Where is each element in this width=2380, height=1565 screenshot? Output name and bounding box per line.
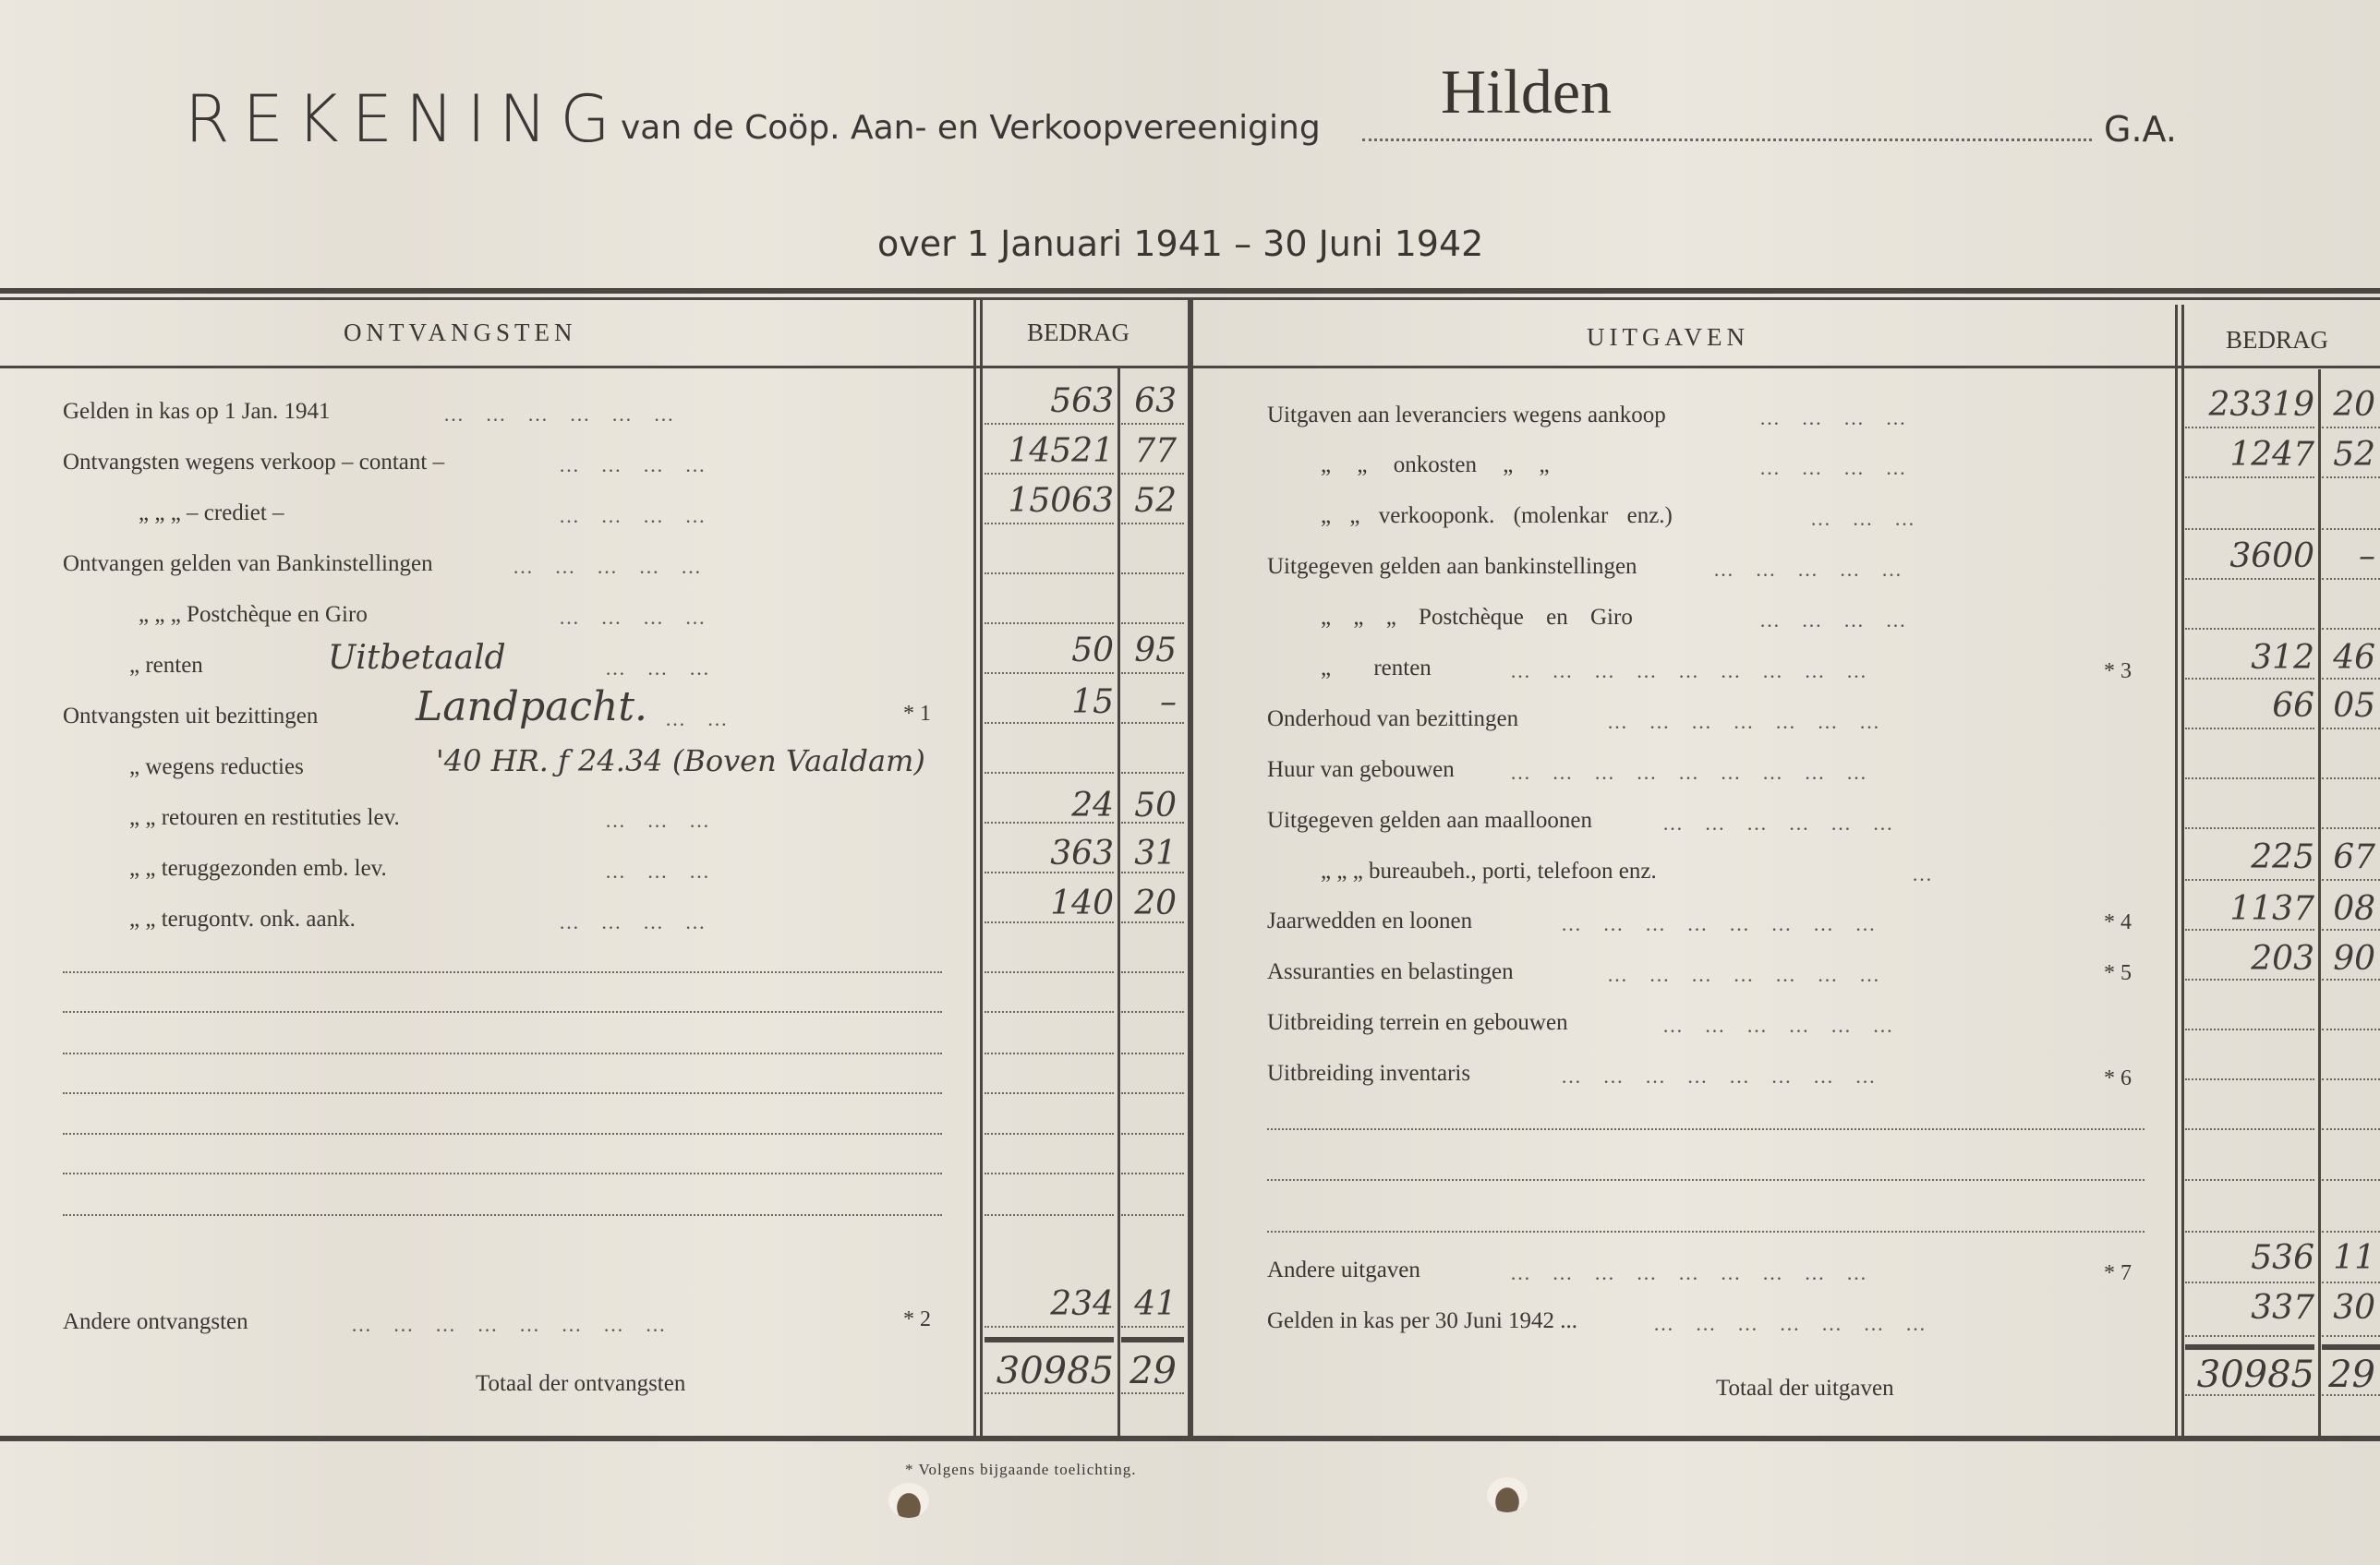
blank-entry-line xyxy=(63,971,942,973)
receipts-row-label: „ „ „ – crediet – xyxy=(139,500,284,526)
expenses-row-cents: 05 xyxy=(2322,687,2375,725)
subtotal-rule xyxy=(2185,1344,2314,1350)
receipts-row-guilders: 140 xyxy=(985,885,1114,922)
place-handwritten: Hilden xyxy=(1441,55,1612,128)
expenses-amount-heading: BEDRAG xyxy=(2226,326,2328,355)
document-subtitle: van de Coöp. Aan- en Verkoopvereeniging xyxy=(621,109,1321,147)
receipts-row-label: „ „ „ Postchèque en Giro xyxy=(139,602,368,628)
footnote-marker: * 7 xyxy=(2104,1261,2132,1286)
expenses-row-guilders: 23319 xyxy=(2185,386,2314,424)
expenses-row-guilders: 312 xyxy=(2185,639,2314,677)
footnote-marker: * 4 xyxy=(2104,910,2132,935)
expenses-row-cents: 20 xyxy=(2322,386,2375,424)
expenses-row-label: Uitgegeven gelden aan bankinstellingen xyxy=(1267,554,1637,580)
receipts-row-label: „ „ terugontv. onk. aank. xyxy=(129,907,356,933)
receipts-heading: ONTVANGSTEN xyxy=(344,319,577,347)
blank-entry-line xyxy=(1267,1231,2144,1233)
receipts-amount-heading: BEDRAG xyxy=(1027,319,1130,347)
receipts-row-cents: 52 xyxy=(1121,482,1177,520)
other-expenses-guilders: 536 xyxy=(2185,1239,2314,1277)
expenses-amount-border-left xyxy=(2175,305,2178,1440)
expenses-row-label: Uitbreiding inventaris xyxy=(1267,1061,1470,1087)
expenses-row-label: „ renten xyxy=(1321,656,1432,681)
blank-entry-line xyxy=(63,1214,942,1216)
period-text: over 1 Januari 1941 – 30 Juni 1942 xyxy=(877,223,1483,264)
cash-end-cents: 30 xyxy=(2322,1289,2375,1327)
total-expenses-cents: 29 xyxy=(2322,1354,2375,1396)
total-receipts-guilders: 30985 xyxy=(979,1350,1114,1392)
expenses-row-label: Uitbreiding terrein en gebouwen xyxy=(1267,1010,1568,1036)
document-title: REKENING xyxy=(185,81,623,157)
receipts-row-cents: 95 xyxy=(1121,632,1177,669)
receipts-row-label: „ wegens reducties xyxy=(129,754,304,780)
total-receipts-cents: 29 xyxy=(1121,1350,1177,1392)
receipts-row-guilders: 14521 xyxy=(985,432,1114,470)
expenses-row-label: Assuranties en belastingen xyxy=(1267,959,1514,985)
other-expenses-cents: 11 xyxy=(2322,1239,2375,1277)
receipts-row-cents: 77 xyxy=(1121,432,1177,470)
receipts-row-label: „ „ teruggezonden emb. lev. xyxy=(129,856,387,882)
receipts-row-guilders: 15063 xyxy=(985,482,1114,520)
total-receipts-label: Totaal der ontvangsten xyxy=(476,1371,685,1397)
receipts-row-cents: 63 xyxy=(1121,382,1177,420)
receipts-row-guilders: 15 xyxy=(985,683,1114,721)
expenses-cents-divider xyxy=(2318,369,2321,1440)
receipts-row-note: '40 HR. ƒ 24.34 (Boven Vaaldam) xyxy=(436,743,925,778)
expenses-row-cents: 67 xyxy=(2322,838,2375,876)
expenses-heading: UITGAVEN xyxy=(1587,323,1749,352)
expenses-row-label: Uitgaven aan leveranciers wegens aankoop xyxy=(1267,403,1666,428)
expenses-row-label: „ „ verkooponk. (molenkar enz.) xyxy=(1321,503,1673,529)
receipts-amount-border-left-2 xyxy=(980,300,983,1438)
blank-entry-line xyxy=(1267,1128,2144,1130)
receipts-row-label: Ontvangsten wegens verkoop – contant – xyxy=(63,450,444,476)
expenses-row-guilders: 3600 xyxy=(2185,537,2314,575)
receipts-row-guilders: 563 xyxy=(985,382,1114,420)
receipts-row-cents: 31 xyxy=(1121,835,1177,873)
blank-entry-line xyxy=(1267,1179,2144,1181)
receipts-row-cents: 50 xyxy=(1121,787,1177,825)
expenses-row-label: „ „ „ Postchèque en Giro xyxy=(1321,605,1633,631)
expenses-row-label: „ „ onkosten „ „ xyxy=(1321,452,1550,478)
receipts-row-label: Gelden in kas op 1 Jan. 1941 xyxy=(63,399,331,425)
cash-end-guilders: 337 xyxy=(2185,1289,2314,1327)
receipts-cents-divider xyxy=(1118,368,1120,1438)
footnote-marker: * 6 xyxy=(2104,1066,2132,1091)
footnote-marker: * 1 xyxy=(903,702,931,727)
receipts-row-note: Landpacht. xyxy=(416,683,647,730)
blank-entry-line xyxy=(63,1133,942,1135)
expenses-row-guilders: 1137 xyxy=(2185,890,2314,928)
expenses-row-label: Onderhoud van bezittingen xyxy=(1267,706,1518,732)
cash-end-label: Gelden in kas per 30 Juni 1942 ... xyxy=(1267,1308,1577,1334)
receipts-row-cents: 20 xyxy=(1121,885,1177,922)
other-receipts-guilders: 234 xyxy=(985,1285,1114,1323)
footnote-marker: * 2 xyxy=(903,1307,931,1332)
expenses-row-guilders: 203 xyxy=(2185,940,2314,978)
blank-entry-line xyxy=(63,1173,942,1174)
receipts-row-label: „ „ retouren en restituties lev. xyxy=(129,805,400,831)
blank-entry-line xyxy=(63,1011,942,1013)
receipts-row-cents: – xyxy=(1121,683,1177,721)
expenses-row-cents: 90 xyxy=(2322,940,2375,978)
expenses-amount-border-left-2 xyxy=(2181,305,2184,1440)
subtotal-rule xyxy=(1121,1337,1184,1342)
expenses-row-label: Jaarwedden en loonen xyxy=(1267,909,1472,934)
expenses-row-label: „ „ „ bureaubeh., porti, telefoon enz. xyxy=(1321,859,1657,885)
receipts-row-guilders: 24 xyxy=(985,787,1114,825)
total-expenses-label: Totaal der uitgaven xyxy=(1716,1376,1894,1402)
receipts-row-label: Ontvangen gelden van Bankinstellingen xyxy=(63,551,433,577)
receipts-row-guilders: 363 xyxy=(985,835,1114,873)
top-rule xyxy=(0,288,2380,294)
expenses-row-cents: 08 xyxy=(2322,890,2375,928)
footnote: * Volgens bijgaande toelichting. xyxy=(905,1461,1136,1479)
expenses-row-cents: 46 xyxy=(2322,639,2375,677)
receipts-row-guilders: 50 xyxy=(985,632,1114,669)
expenses-row-label: Uitgegeven gelden aan maalloonen xyxy=(1267,808,1592,834)
expenses-row-label: Huur van gebouwen xyxy=(1267,757,1455,783)
expenses-row-guilders: 225 xyxy=(2185,838,2314,876)
subtotal-rule xyxy=(2322,1344,2380,1350)
ga-suffix: G.A. xyxy=(2104,109,2177,150)
footnote-marker: * 3 xyxy=(2104,659,2132,684)
footnote-marker: * 5 xyxy=(2104,961,2132,986)
punch-hole xyxy=(1487,1477,1528,1512)
expenses-row-cents: 52 xyxy=(2322,436,2375,474)
receipts-amount-border-left xyxy=(973,300,976,1438)
expenses-row-guilders: 1247 xyxy=(2185,436,2314,474)
total-expenses-guilders: 30985 xyxy=(2180,1354,2314,1396)
blank-entry-line xyxy=(63,1053,942,1054)
subtotal-rule xyxy=(985,1337,1114,1342)
other-expenses-label: Andere uitgaven xyxy=(1267,1258,1420,1283)
receipts-row-label: Ontvangsten uit bezittingen xyxy=(63,704,318,729)
other-receipts-label: Andere ontvangsten xyxy=(63,1309,248,1335)
receipts-row-label: „ renten xyxy=(129,653,203,679)
expenses-row-cents: – xyxy=(2322,537,2375,575)
expenses-row-guilders: 66 xyxy=(2185,687,2314,725)
other-receipts-cents: 41 xyxy=(1121,1285,1177,1323)
place-fill-line xyxy=(1362,138,2092,141)
receipts-row-note: Uitbetaald xyxy=(328,639,506,677)
receipts-amount-border-right xyxy=(1188,300,1193,1438)
punch-hole xyxy=(888,1483,929,1518)
blank-entry-line xyxy=(63,1092,942,1094)
